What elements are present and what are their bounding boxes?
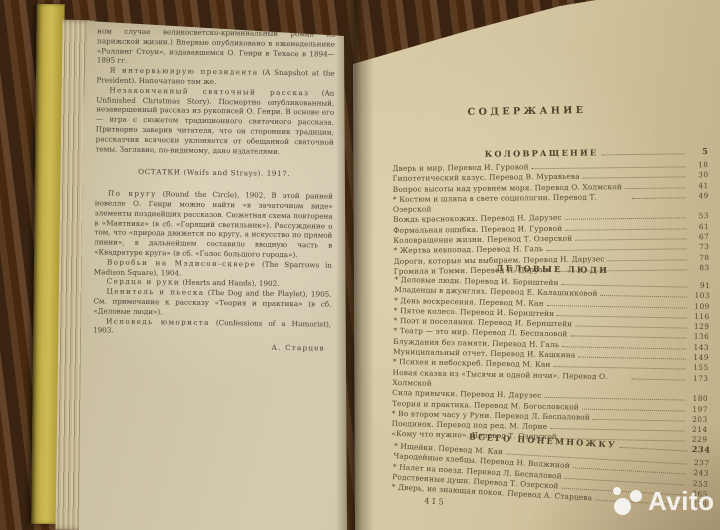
toc-entry-page: 197: [688, 404, 708, 415]
toc-entry-page: 155: [689, 363, 709, 374]
dotted-leader: [532, 166, 686, 169]
commentary-paragraph: Исповедь юмориста (Confessions of a Humo…: [93, 316, 331, 339]
toc-entry-page: 91: [690, 281, 710, 292]
dotted-leader: [601, 295, 688, 298]
dotted-leader: [565, 218, 686, 220]
dotted-leader: [547, 305, 687, 309]
dotted-leader: [582, 408, 685, 411]
toc-entry-page: 116: [690, 312, 710, 323]
toc-title: СОДЕРЖАНИЕ: [392, 104, 662, 120]
dotted-leader: [632, 378, 686, 380]
commentary-author: А. Старцев: [93, 340, 331, 353]
dotted-leader: [583, 177, 686, 179]
toc-section-kolovrashchenie: КОЛОВРАЩЕНИЕ5Дверь и мир. Перевод И. Гур…: [392, 146, 710, 277]
toc-section-delovye-lyudi: ДЕЛОВЫЕ ЛЮДИ* Деловые люди. Перевод И. Б…: [391, 261, 710, 446]
toc-entry-page: 61: [689, 222, 709, 233]
toc-entry-page: 67: [689, 232, 709, 243]
section-heading-ostatki: ОСТАТКИ (Waifs and Strays). 1917.: [95, 167, 333, 180]
avito-watermark: Avito: [610, 484, 715, 518]
story-title-spaced: Незаконченный святочный рассказ: [109, 85, 309, 97]
dotted-leader: [544, 397, 685, 401]
toc-entry-page: 129: [689, 322, 709, 333]
toc-entry-page: 73: [689, 242, 709, 253]
dotted-leader: [562, 284, 688, 287]
dotted-leader: [565, 228, 686, 230]
toc-entry-page: 41: [689, 181, 709, 192]
story-title-spaced: Я интервьюирую президента: [110, 66, 259, 77]
dotted-leader: [608, 259, 687, 261]
commentary-paragraphs-after: По кругу (Round the Circle), 1902. В это…: [93, 188, 333, 338]
dotted-leader: [550, 428, 684, 432]
watermark-label: Avito: [648, 486, 715, 517]
toc-entry-page: 214: [687, 425, 707, 436]
story-title-spaced: По кругу: [108, 189, 157, 199]
avito-logo-icon: [610, 484, 644, 518]
dotted-leader: [593, 419, 685, 422]
toc-entry-page: 18: [688, 160, 708, 171]
toc-entry-page: 53: [689, 212, 709, 223]
toc-section-heading-row: КОЛОВРАЩЕНИЕ5: [392, 146, 708, 161]
dotted-leader: [578, 357, 686, 360]
toc-page: 5: [688, 146, 708, 157]
dotted-leader: [625, 187, 686, 189]
toc-page: 234: [690, 444, 711, 456]
toc-entry-page: 203: [688, 414, 708, 425]
toc-section-heading: ДЕЛОВЫЕ ЛЮДИ: [496, 263, 609, 276]
toc-entry-page: 180: [688, 394, 708, 405]
toc-entry-title: * Костюм и шляпа в свете социологии. Пер…: [393, 192, 629, 215]
story-title-spaced: Исповедь юмориста: [106, 316, 210, 326]
toc-page-number: 415: [400, 495, 470, 508]
toc-entry-page: 103: [690, 291, 710, 302]
toc-entry-page: 109: [690, 301, 710, 312]
commentary-paragraph: По кругу (Round the Circle), 1902. В это…: [94, 188, 333, 260]
commentary-paragraphs: ном случае великосветско-криминальный ро…: [95, 26, 335, 157]
dotted-leader: [575, 238, 686, 240]
toc-entry-page: 49: [689, 191, 709, 202]
dotted-leader: [601, 153, 685, 155]
story-title-spaced: Сердца и руки: [107, 277, 180, 287]
story-title-spaced: Ценитель и пьеска: [107, 287, 205, 297]
toc-entry-page: 143: [689, 342, 709, 353]
left-page-text: ном случае великосветско-криминальный ро…: [93, 26, 335, 353]
story-title-spaced: Воробьи на Мэдисон-сквере: [107, 257, 256, 268]
commentary-paragraph: ном случае великосветско-криминальный ро…: [97, 26, 336, 69]
commentary-paragraph: Незаконченный святочный рассказ (An Unfi…: [95, 85, 334, 157]
toc-entry-page: 78: [690, 253, 710, 264]
toc-entry-page: 173: [688, 373, 708, 384]
dotted-leader: [575, 326, 686, 329]
dotted-leader: [570, 336, 686, 339]
dotted-leader: [553, 366, 685, 370]
toc-entry-page: 149: [689, 353, 709, 364]
dotted-leader: [562, 346, 686, 349]
photo-of-open-book: ном случае великосветско-криминальный ро…: [0, 0, 720, 530]
dotted-leader: [632, 197, 686, 199]
dotted-leader: [546, 249, 686, 252]
toc-entry-page: 30: [689, 170, 709, 181]
commentary-paragraph: Ценитель и пьеска (The Dog and the Playl…: [93, 286, 331, 319]
toc-entry-page: 136: [689, 332, 709, 343]
dotted-leader: [557, 315, 687, 318]
dotted-leader: [620, 447, 688, 452]
toc-section-heading: КОЛОВРАЩЕНИЕ: [485, 147, 599, 159]
